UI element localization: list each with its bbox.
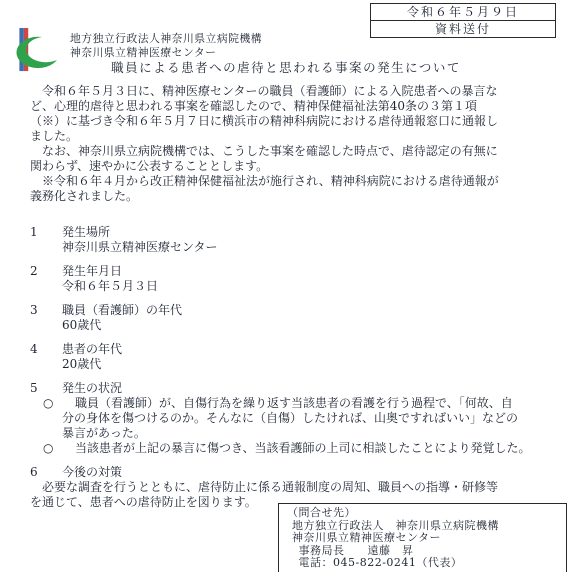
section-3-number: 3 (30, 303, 62, 318)
section-3-heading-text: 職員（看護師）の年代 (62, 303, 182, 317)
section-5-number: 5 (30, 381, 62, 396)
section-5-heading-text: 発生の状況 (62, 381, 122, 395)
section-5-heading: 5発生の状況 (30, 381, 546, 396)
section-3-content: 60歳代 (62, 318, 546, 333)
section-1-content: 神奈川県立精神医療センター (62, 240, 546, 255)
org-name: 地方独立行政法人神奈川県立病院機構 神奈川県立精神医療センター (70, 27, 262, 60)
section-1-number: 1 (30, 225, 62, 240)
section-6-heading-text: 今後の対策 (62, 465, 122, 479)
section-3-staff-age: 3職員（看護師）の年代 60歳代 (30, 303, 546, 333)
section-2-heading: 2発生年月日 (30, 264, 546, 279)
doc-type-label: 資料送付 (371, 20, 555, 37)
release-date: 令和６年５月９日 (371, 4, 555, 20)
section-4-content: 20歳代 (62, 357, 546, 372)
section-1-heading-text: 発生場所 (62, 225, 110, 239)
section-5-bullet-2-text: 当該患者が上記の暴言に傷つき、当該看護師の上司に相談したことにより発覚した。 (62, 441, 546, 456)
org-name-line1: 地方独立行政法人神奈川県立病院機構 (70, 32, 262, 46)
section-3-heading: 3職員（看護師）の年代 (30, 303, 546, 318)
contact-label: （問合せ先） (287, 507, 560, 520)
date-box: 令和６年５月９日 資料送付 (370, 3, 556, 38)
intro-paragraph-1: 令和６年５月３日に、精神医療センターの職員（看護師）による入院患者への暴言な ど… (30, 84, 546, 144)
section-5-bullet-1-text: 職員（看護師）が、自傷行為を繰り返す当該患者の看護を行う過程で、「何故、自 分の… (62, 396, 546, 441)
section-4-number: 4 (30, 342, 62, 357)
contact-phone: 電話：045-822-0241（代表） (287, 557, 560, 570)
numbered-sections: 1発生場所 神奈川県立精神医療センター 2発生年月日 令和６年５月３日 3職員（… (30, 225, 546, 510)
intro-note: ※令和６年４月から改正精神保健福祉法が施行され、精神科病院における虐待通報が 義… (30, 174, 546, 204)
section-4-patient-age: 4患者の年代 20歳代 (30, 342, 546, 372)
section-1-location: 1発生場所 神奈川県立精神医療センター (30, 225, 546, 255)
section-6-heading: 6今後の対策 (30, 465, 546, 480)
section-2-number: 2 (30, 264, 62, 279)
page-title: 職員による患者への虐待と思われる事案の発生について (0, 60, 572, 75)
intro-paragraph-2: なお、神奈川県立病院機構では、こうした事案を確認した時点で、虐待認定の有無に 関… (30, 144, 546, 174)
section-4-heading-text: 患者の年代 (62, 342, 122, 356)
section-2-heading-text: 発生年月日 (62, 264, 122, 278)
org-name-line2: 神奈川県立精神医療センター (70, 46, 262, 60)
contact-org-line2: 神奈川県立精神医療センター (287, 532, 560, 545)
document-body: 令和６年５月３日に、精神医療センターの職員（看護師）による入院患者への暴言な ど… (30, 84, 546, 519)
section-5-bullet-2: ○ 当該患者が上記の暴言に傷つき、当該看護師の上司に相談したことにより発覚した。 (30, 441, 546, 456)
section-2-content: 令和６年５月３日 (62, 279, 546, 294)
section-1-heading: 1発生場所 (30, 225, 546, 240)
contact-box: （問合せ先） 地方独立行政法人 神奈川県立病院機構 神奈川県立精神医療センター … (278, 503, 567, 572)
section-6-number: 6 (30, 465, 62, 480)
circle-bullet-icon: ○ (43, 441, 53, 456)
section-5-circumstances: 5発生の状況 ○ 職員（看護師）が、自傷行為を繰り返す当該患者の看護を行う過程で… (30, 381, 546, 456)
circle-bullet-icon: ○ (43, 396, 53, 411)
press-release-page: 令和６年５月９日 資料送付 地方独立行政法人神奈川県立病院機構 神奈川県立精神医… (0, 0, 572, 572)
section-2-date: 2発生年月日 令和６年５月３日 (30, 264, 546, 294)
section-4-heading: 4患者の年代 (30, 342, 546, 357)
section-5-bullet-1: ○ 職員（看護師）が、自傷行為を繰り返す当該患者の看護を行う過程で、「何故、自 … (30, 396, 546, 441)
